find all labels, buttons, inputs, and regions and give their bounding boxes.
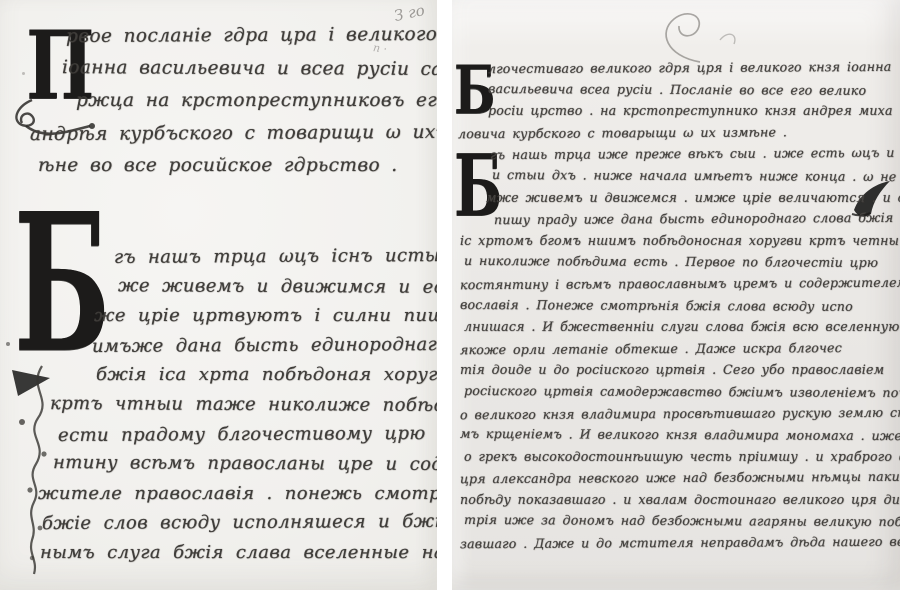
manuscript-text-line: трія иже за дономъ над безбожными агарян… (464, 509, 898, 533)
manuscript-text-line: рвое посланіе гдра цра і великого кнза (66, 19, 429, 54)
right-manuscript-page: Б Б лгочестиваго великого гдря цря і вел… (452, 0, 900, 590)
manuscript-photograph: З го п · П Б рвое посланіе гдра цра і ве… (0, 0, 900, 600)
manuscript-text-line: іс хртомъ бгомъ ншимъ побѣдоносная хоруг… (460, 230, 898, 252)
manuscript-text-line: гъ нашь трца иже преже вѣкъ сыи . иже ес… (490, 142, 898, 166)
manuscript-text-line: лнишася . И бжественніи слуги слова бжія… (464, 316, 898, 338)
manuscript-text-line: лгочестиваго великого гдря цря і великог… (488, 56, 898, 80)
manuscript-text-line: ловича курбского с товарыщи ω их измѣне … (458, 121, 898, 145)
page-gap (437, 0, 452, 600)
manuscript-text-line: іоанна васильевича и всеа русіи самоде (62, 52, 429, 86)
manuscript-text-line: о грекъ высокодостоинѣишую честь пріимшу… (464, 446, 898, 468)
left-manuscript-page: З го п · П Б рвое посланіе гдра цра і ве… (0, 0, 437, 590)
manuscript-text-line: васильевича всеа русіи . Посланіе во все… (488, 78, 898, 102)
body-lines: гъ нашъ трца ωцъ існъ истыи дхъ имъже жи… (30, 242, 431, 568)
manuscript-text-line: бжія іса хрта побѣдоная хоругов и (96, 360, 431, 390)
manuscript-text-line: гъ нашъ трца ωцъ існъ истыи дхъ имъ (114, 241, 431, 272)
manuscript-text-line: же цріе цртвуютъ і силни пишутъ праду (94, 301, 431, 331)
manuscript-text-line: имъже дана бысть единороднаго хода (92, 330, 431, 361)
manuscript-text-line: ести прадому блгочестивому црю конста (58, 419, 431, 451)
body-lines: гъ нашь трца иже преже вѣкъ сыи . иже ес… (458, 143, 898, 553)
manuscript-text-line: кртъ чтныи таже николиже побѣдима (50, 389, 431, 420)
manuscript-text-line: завшаго . Даже и до мстителя неправдамъ … (460, 531, 898, 555)
manuscript-text-line: побѣду показавшаго . и хвалам достоинаго… (460, 489, 898, 511)
title-lines: лгочестиваго великого гдря цря і великог… (458, 57, 898, 143)
manuscript-text-line: ржца на крстопреступниковъ егω кнзя (76, 85, 429, 118)
manuscript-text-line: тія доиде и до росіиского цртвія . Сего … (460, 359, 898, 381)
right-page-text: лгочестиваго великого гдря цря і великог… (458, 57, 898, 554)
manuscript-text-line: жителе православія . понежь смотрѣніе (38, 479, 431, 509)
manuscript-text-line: костянтину і всѣмъ православнымъ цремъ и… (460, 272, 898, 296)
manuscript-text-line: андрѣя курбъского с товарищи ω ихъ изм (30, 116, 429, 151)
manuscript-text-line: нымъ слуга бжія слава вселенные наше (40, 538, 431, 568)
manuscript-text-line: якоже орли летаніе обтекше . Даже искра … (460, 336, 898, 360)
manuscript-text-line: о великого кнзя владимира просвѣтившаго … (460, 401, 898, 425)
title-lines: рвое посланіе гдра цра і великого кнзаіо… (30, 20, 429, 183)
manuscript-text-line: нтину всѣмъ правосланы цре и соде (53, 448, 431, 479)
manuscript-text-line: росіиского цртвія самодержавство бжіимъ … (464, 380, 898, 404)
ink-speck (22, 72, 25, 75)
manuscript-text-line: ѣне во все росийское гдрьство . (38, 150, 429, 183)
manuscript-text-line: и николиже побѣдима есть . Первое по блг… (464, 250, 898, 274)
manuscript-text-line: росіи црство . на крстопреступнико кнзя … (488, 100, 898, 122)
manuscript-text-line: пишу праду иже дана бысть единороднаго с… (494, 207, 898, 231)
manuscript-text-line: цря александра невского иже над безбожны… (460, 466, 898, 490)
manuscript-text-line: мъ крщеніемъ . И великого кнзя владимира… (460, 423, 898, 447)
manuscript-text-line: вославія . Понеже смотрѣнія бжія слова в… (460, 293, 898, 317)
manuscript-text-line: же живемъ и движимся и есмы имъ (118, 271, 431, 302)
manuscript-text-line: мже живемъ и движемся . имже цріе велича… (486, 187, 898, 209)
manuscript-text-line: и стыи дхъ . ниже начала имѣетъ ниже кон… (492, 164, 898, 188)
manuscript-text-line: бжіе слов всюду исполняшеся и бжтве (42, 507, 431, 539)
ink-speck (6, 342, 10, 346)
